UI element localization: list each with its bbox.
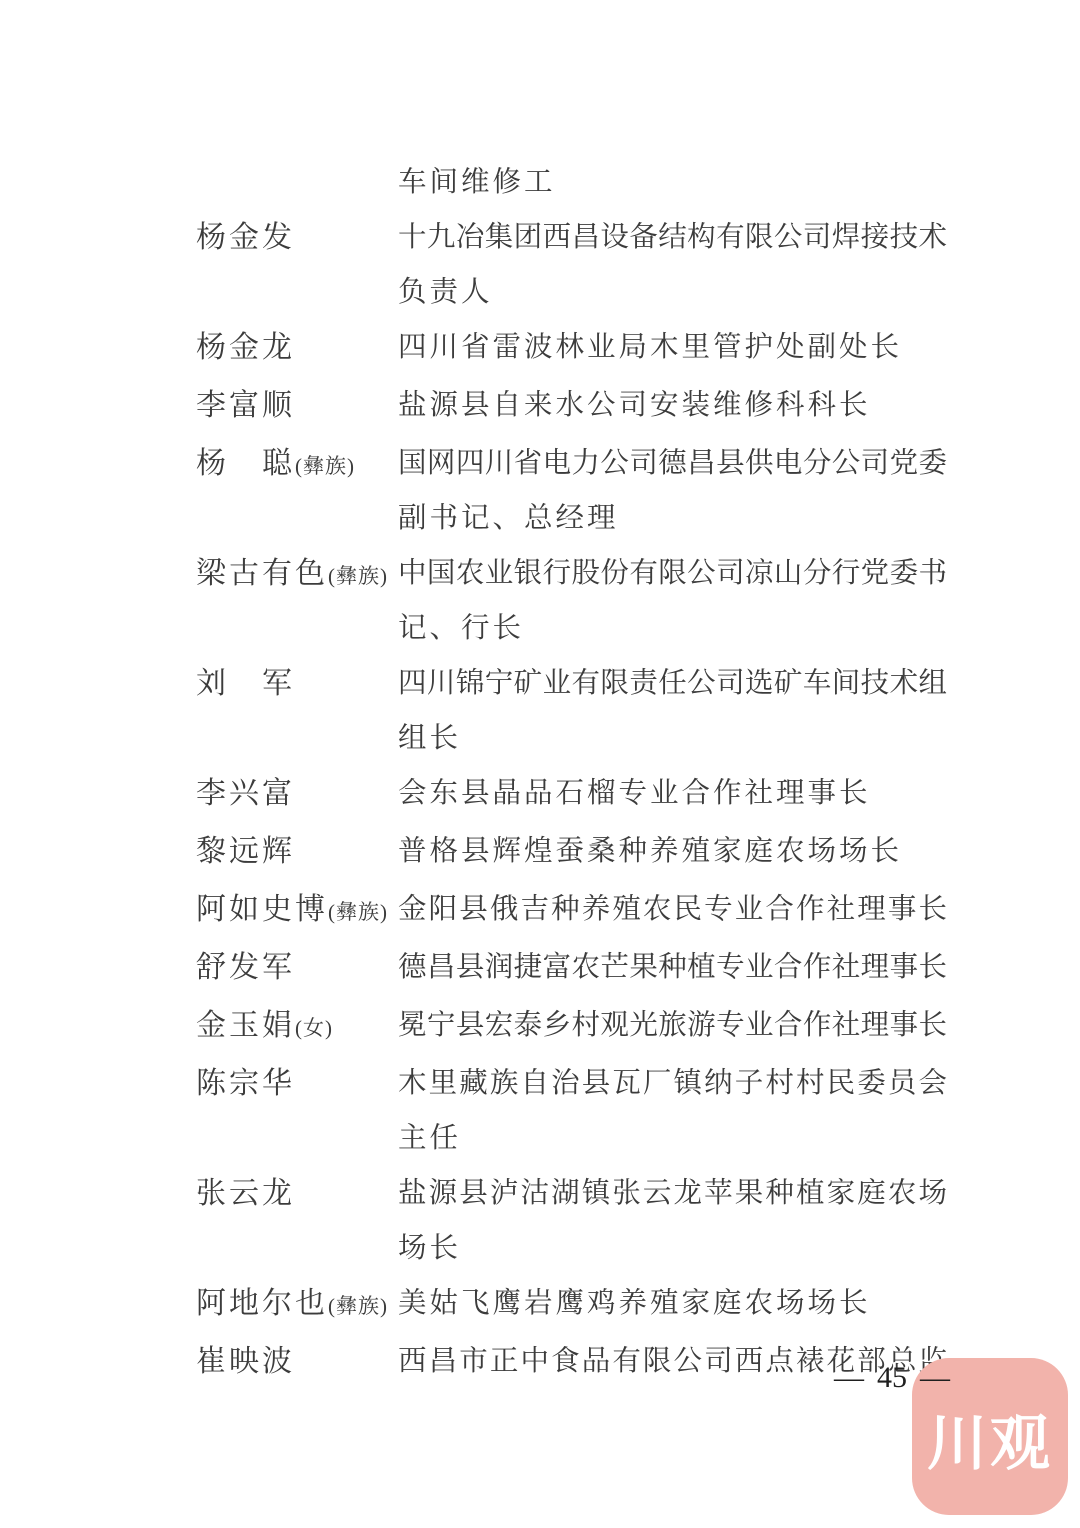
awardee-name-text: 杨金龙	[196, 331, 295, 364]
awardee-position: 盐源县泸沽湖镇张云龙苹果种植家庭农场场长	[398, 1166, 947, 1276]
awardee-position: 美姑飞鹰岩鹰鸡养殖家庭农场场长	[398, 1276, 947, 1331]
document-page: 车间维修工 杨金发 十九冶集团西昌设备结构有限公司焊接技术负责人 杨金龙 四川省…	[0, 0, 1080, 1528]
awardee-position-line: 普格县辉煌蚕桑种养殖家庭农场场长	[398, 824, 947, 879]
awardee-name-text: 梁古有色	[196, 557, 328, 590]
awardee-name-text: 陈宗华	[196, 1067, 295, 1100]
awardee-name: 杨金发	[196, 210, 398, 268]
awardee-ethnicity-note: (女)	[295, 1016, 333, 1040]
roster-entry: 阿地尔也(彝族) 美姑飞鹰岩鹰鸡养殖家庭农场场长	[196, 1276, 947, 1334]
awardee-position-line: 盐源县自来水公司安装维修科科长	[398, 378, 947, 433]
awardee-name: 黎远辉	[196, 824, 398, 882]
awardee-position: 德昌县润捷富农芒果种植专业合作社理事长	[398, 940, 947, 995]
roster-entry: 阿如史博(彝族) 金阳县俄吉种养殖农民专业合作社理事长	[196, 882, 947, 940]
awardee-name: 崔映波	[196, 1334, 398, 1392]
awardee-position-line: 负责人	[398, 265, 947, 320]
roster-entry: 舒发军 德昌县润捷富农芒果种植专业合作社理事长	[196, 940, 947, 998]
awardee-position: 冕宁县宏泰乡村观光旅游专业合作社理事长	[398, 998, 947, 1053]
roster-entry: 杨金发 十九冶集团西昌设备结构有限公司焊接技术负责人	[196, 210, 947, 320]
awardee-position-line: 美姑飞鹰岩鹰鸡养殖家庭农场场长	[398, 1276, 947, 1331]
awardee-position: 四川锦宁矿业有限责任公司选矿车间技术组组长	[398, 656, 947, 766]
awardee-name-text: 李兴富	[196, 777, 295, 810]
awardee-position: 十九冶集团西昌设备结构有限公司焊接技术负责人	[398, 210, 947, 320]
awardee-name: 舒发军	[196, 940, 398, 998]
awardee-name-text: 崔映波	[196, 1345, 295, 1378]
roster-entry: 李兴富 会东县晶品石榴专业合作社理事长	[196, 766, 947, 824]
awardee-name: 杨 聪(彝族)	[196, 436, 398, 494]
awardee-position-line: 记、行长	[398, 601, 947, 656]
awardee-position-line: 副书记、总经理	[398, 491, 947, 546]
awardee-ethnicity-note: (彝族)	[328, 1294, 388, 1318]
awardee-position-line: 国网四川省电力公司德昌县供电分公司党委	[398, 436, 947, 491]
awardee-position-line: 会东县晶品石榴专业合作社理事长	[398, 766, 947, 821]
roster-entry: 张云龙 盐源县泸沽湖镇张云龙苹果种植家庭农场场长	[196, 1166, 947, 1276]
awardee-position: 普格县辉煌蚕桑种养殖家庭农场场长	[398, 824, 947, 879]
awardee-position: 车间维修工	[398, 155, 947, 210]
awardee-position-line: 冕宁县宏泰乡村观光旅游专业合作社理事长	[398, 998, 947, 1053]
awardee-name: 张云龙	[196, 1166, 398, 1224]
roster-entry: 黎远辉 普格县辉煌蚕桑种养殖家庭农场场长	[196, 824, 947, 882]
awardee-name: 杨金龙	[196, 320, 398, 378]
roster-entry: 刘 军 四川锦宁矿业有限责任公司选矿车间技术组组长	[196, 656, 947, 766]
award-roster: 车间维修工 杨金发 十九冶集团西昌设备结构有限公司焊接技术负责人 杨金龙 四川省…	[196, 155, 947, 1392]
roster-entry: 杨 聪(彝族) 国网四川省电力公司德昌县供电分公司党委副书记、总经理	[196, 436, 947, 546]
awardee-position-line: 中国农业银行股份有限公司凉山分行党委书	[398, 546, 947, 601]
awardee-position-line: 主任	[398, 1111, 947, 1166]
awardee-name-text: 杨金发	[196, 221, 295, 254]
chuanguan-logo-text: 川观	[927, 1396, 1053, 1482]
awardee-position-line: 德昌县润捷富农芒果种植专业合作社理事长	[398, 940, 947, 995]
awardee-position-line: 四川锦宁矿业有限责任公司选矿车间技术组	[398, 656, 947, 711]
awardee-position: 四川省雷波林业局木里管护处副处长	[398, 320, 947, 375]
awardee-position-line: 十九冶集团西昌设备结构有限公司焊接技术	[398, 210, 947, 265]
awardee-name-text: 杨 聪	[196, 447, 295, 480]
awardee-name-text: 黎远辉	[196, 835, 295, 868]
awardee-position: 会东县晶品石榴专业合作社理事长	[398, 766, 947, 821]
awardee-position: 国网四川省电力公司德昌县供电分公司党委副书记、总经理	[398, 436, 947, 546]
awardee-name: 阿如史博(彝族)	[196, 882, 398, 940]
awardee-ethnicity-note: (彝族)	[328, 564, 388, 588]
awardee-position-line: 四川省雷波林业局木里管护处副处长	[398, 320, 947, 375]
roster-entry: 杨金龙 四川省雷波林业局木里管护处副处长	[196, 320, 947, 378]
awardee-name: 李富顺	[196, 378, 398, 436]
awardee-name: 陈宗华	[196, 1056, 398, 1114]
page-number-dash-left: —	[834, 1361, 864, 1395]
awardee-position: 金阳县俄吉种养殖农民专业合作社理事长	[398, 882, 947, 937]
awardee-name: 梁古有色(彝族)	[196, 546, 398, 604]
awardee-ethnicity-note: (彝族)	[328, 900, 388, 924]
awardee-name-text: 舒发军	[196, 951, 295, 984]
roster-entry: 陈宗华 木里藏族自治县瓦厂镇纳子村村民委员会主任	[196, 1056, 947, 1166]
awardee-position-line: 木里藏族自治县瓦厂镇纳子村村民委员会	[398, 1056, 947, 1111]
awardee-position: 中国农业银行股份有限公司凉山分行党委书记、行长	[398, 546, 947, 656]
awardee-name-text: 张云龙	[196, 1177, 295, 1210]
awardee-name-text: 阿如史博	[196, 893, 328, 926]
roster-entry: 梁古有色(彝族) 中国农业银行股份有限公司凉山分行党委书记、行长	[196, 546, 947, 656]
awardee-position-line: 场长	[398, 1221, 947, 1276]
awardee-position-line: 金阳县俄吉种养殖农民专业合作社理事长	[398, 882, 947, 937]
page-footer: — 45 —	[834, 1356, 950, 1400]
awardee-position: 木里藏族自治县瓦厂镇纳子村村民委员会主任	[398, 1056, 947, 1166]
awardee-name-text: 阿地尔也	[196, 1287, 328, 1320]
awardee-name: 李兴富	[196, 766, 398, 824]
roster-entry: 金玉娟(女) 冕宁县宏泰乡村观光旅游专业合作社理事长	[196, 998, 947, 1056]
awardee-name: 金玉娟(女)	[196, 998, 398, 1056]
roster-entry: 李富顺 盐源县自来水公司安装维修科科长	[196, 378, 947, 436]
awardee-name: 阿地尔也(彝族)	[196, 1276, 398, 1334]
roster-entry: 车间维修工	[196, 155, 947, 210]
page-number-dash-right: —	[920, 1361, 950, 1395]
awardee-ethnicity-note: (彝族)	[295, 454, 355, 478]
awardee-position-line: 组长	[398, 711, 947, 766]
awardee-name-text: 金玉娟	[196, 1009, 295, 1042]
awardee-name: 刘 军	[196, 656, 398, 714]
awardee-name-text: 李富顺	[196, 389, 295, 422]
awardee-position-line: 车间维修工	[398, 155, 947, 210]
page-number: 45	[877, 1361, 907, 1395]
awardee-name-text: 刘 军	[196, 667, 295, 700]
awardee-position-line: 盐源县泸沽湖镇张云龙苹果种植家庭农场	[398, 1166, 947, 1221]
awardee-position: 盐源县自来水公司安装维修科科长	[398, 378, 947, 433]
